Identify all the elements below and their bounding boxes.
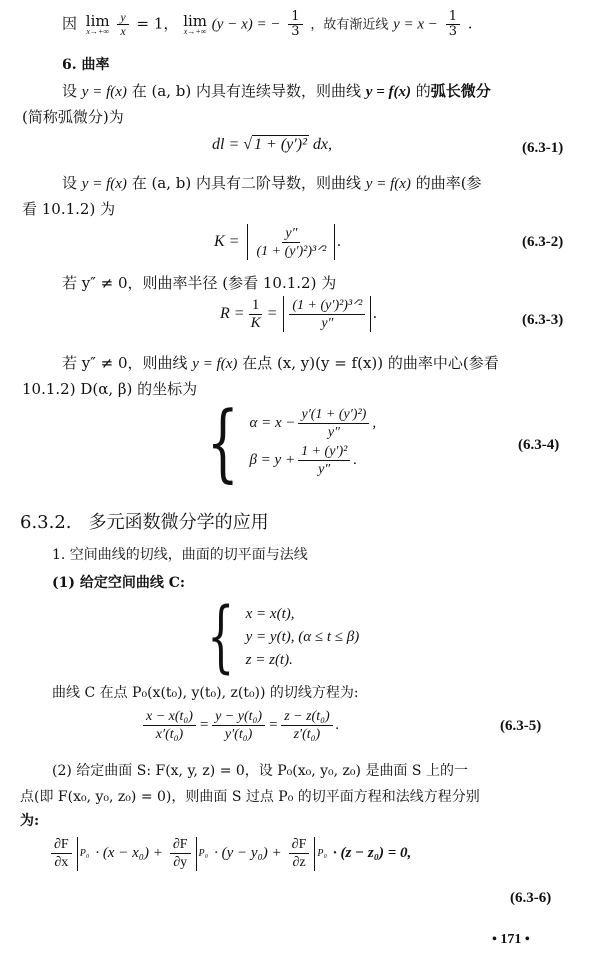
- equation-number: (6.3-6): [510, 890, 551, 907]
- math: y = f(x): [82, 176, 127, 192]
- math: y = f(x): [192, 356, 237, 372]
- equation-row: α = x − y′(1 + (y′)²) y″ ,: [249, 406, 376, 441]
- left-brace: {: [207, 400, 239, 484]
- math: R =: [220, 305, 245, 323]
- fraction: 1 K: [248, 297, 264, 332]
- text: 若 y″ ≠ 0，则曲线: [62, 354, 188, 372]
- lim: lim: [86, 14, 110, 28]
- bold-term: 弧长微分: [431, 82, 491, 100]
- num: y″: [282, 225, 300, 243]
- text: 在 (a, b) 内具有二阶导数，则曲线: [132, 174, 361, 192]
- abs-bar: [283, 296, 284, 332]
- fraction: z − z(t₀) z′(t₀): [281, 708, 332, 743]
- math: dl = √: [212, 136, 252, 153]
- asymptote-line: 因 lim x→+∞ y x = 1， lim x→+∞ (y − x) = −…: [62, 10, 473, 39]
- math: K =: [214, 233, 239, 251]
- section-heading-6-3-2: 6.3.2. 多元函数微分学的应用: [20, 508, 269, 534]
- subscript: P₀: [317, 848, 327, 859]
- evaluation-bar: [196, 837, 197, 871]
- num: 1: [446, 10, 460, 25]
- parametric-system: { x = x(t), y = y(t), (α ≤ t ≤ β) z = z(…: [196, 598, 359, 676]
- text: = 1，: [137, 15, 179, 33]
- num: y′(1 + (y′)²): [298, 406, 369, 424]
- den: (1 + (y′)²)³ᐟ²: [253, 243, 329, 260]
- evaluation-bar: [314, 837, 315, 871]
- den: K: [248, 315, 264, 332]
- subscript: P₀: [199, 848, 209, 859]
- num: ∂F: [289, 836, 310, 854]
- num: ∂F: [51, 836, 72, 854]
- subscript: P₀: [80, 848, 90, 859]
- text: (y − x) = −: [212, 17, 281, 33]
- den: y″: [315, 461, 333, 478]
- num: y: [117, 11, 128, 25]
- math: y = f(x): [82, 84, 127, 100]
- tangent-line-intro: 曲线 C 在点 P₀(x(t₀), y(t₀), z(t₀)) 的切线方程为:: [52, 682, 359, 702]
- math: · (y − y₀) +: [214, 845, 282, 862]
- equation-row: z = z(t).: [246, 649, 360, 672]
- text: 的: [416, 82, 431, 100]
- math: · (x − x₀) +: [95, 845, 163, 862]
- num: 1: [249, 297, 263, 315]
- abs-bar: [334, 224, 335, 260]
- equation-system: x = x(t), y = y(t), (α ≤ t ≤ β) z = z(t)…: [246, 603, 360, 672]
- limit: lim x→+∞: [183, 14, 207, 36]
- math: .: [336, 717, 340, 734]
- math: y = f(x): [366, 84, 411, 100]
- num: x − x(t₀): [143, 708, 196, 726]
- abs-bar: [370, 296, 371, 332]
- math: dx,: [313, 136, 332, 153]
- equation-row: x = x(t),: [246, 603, 360, 626]
- paragraph-radius: 若 y″ ≠ 0，则曲率半径 (参看 10.1.2) 为: [62, 272, 336, 293]
- den: ∂y: [170, 854, 190, 871]
- radicand: 1 + (y′)²: [252, 135, 309, 153]
- lim-sub: x→+∞: [86, 28, 109, 36]
- partial-derivative: ∂F ∂z: [289, 836, 310, 871]
- num: ∂F: [170, 836, 191, 854]
- paragraph-line: (简称弧微分)为: [22, 106, 124, 127]
- den: ∂z: [289, 854, 308, 871]
- den: ∂x: [51, 854, 71, 871]
- text: .: [468, 15, 473, 33]
- math: · (z − z₀) = 0,: [333, 845, 411, 862]
- math: α = x −: [249, 415, 295, 432]
- paragraph-line: 10.1.2) D(α, β) 的坐标为: [22, 378, 197, 399]
- fraction: 1 3: [288, 10, 302, 39]
- equation-6-3-2: K = y″ (1 + (y′)²)³ᐟ² .: [214, 224, 341, 260]
- equation-number: (6.3-1): [522, 140, 563, 157]
- paragraph-line: 看 10.1.2) 为: [22, 198, 115, 219]
- section-heading-curvature: 6. 曲率: [62, 54, 110, 74]
- paragraph-arc-differential: 设 y = f(x) 在 (a, b) 内具有连续导数，则曲线 y = f(x)…: [62, 80, 491, 101]
- page-number: • 171 •: [492, 932, 530, 948]
- fraction: y x: [117, 11, 128, 38]
- num: z − z(t₀): [281, 708, 332, 726]
- equation-row: y = y(t), (α ≤ t ≤ β): [246, 626, 360, 649]
- den: 3: [288, 25, 302, 39]
- equation-6-3-3: R = 1 K = (1 + (y′)²)³ᐟ² y″ .: [220, 296, 377, 332]
- abs-bar: [247, 224, 248, 260]
- left-brace: {: [207, 598, 234, 676]
- equation-number: (6.3-3): [522, 312, 563, 329]
- text: 在 (a, b) 内具有连续导数，则曲线: [132, 82, 361, 100]
- math: .: [373, 305, 377, 323]
- math: y = f(x): [366, 176, 411, 192]
- text: 在点 (x, y)(y = f(x)) 的曲率中心(参看: [242, 354, 499, 372]
- equation-6-3-1: dl = √1 + (y′)² dx,: [212, 136, 332, 154]
- paragraph-surface: (2) 给定曲面 S: F(x, y, z) = 0，设 P₀(x₀, y₀, …: [52, 760, 468, 780]
- fraction: y − y(t₀) y′(t₀): [212, 708, 265, 743]
- equation-number: (6.3-2): [522, 234, 563, 251]
- math: ,: [372, 415, 376, 432]
- lim: lim: [183, 14, 207, 28]
- equation-system: α = x − y′(1 + (y′)²) y″ , β = y + 1 + (…: [249, 406, 376, 478]
- fraction: x − x(t₀) x′(t₀): [143, 708, 196, 743]
- paragraph-curvature-center: 若 y″ ≠ 0，则曲线 y = f(x) 在点 (x, y)(y = f(x)…: [62, 352, 499, 373]
- num: 1: [288, 10, 302, 25]
- text: 设: [62, 82, 77, 100]
- math: .: [337, 233, 341, 251]
- paragraph-line: 为:: [20, 810, 39, 830]
- fraction: 1 3: [446, 10, 460, 39]
- equation-row: β = y + 1 + (y′)² y″ .: [249, 443, 376, 478]
- den: y″: [318, 315, 336, 332]
- fraction: y′(1 + (y′)²) y″: [298, 406, 369, 441]
- math: =: [268, 717, 278, 734]
- den: 3: [446, 25, 460, 39]
- equation-number: (6.3-5): [500, 718, 541, 735]
- den: y′(t₀): [222, 726, 255, 743]
- math: =: [267, 305, 278, 323]
- fraction: (1 + (y′)²)³ᐟ² y″: [289, 297, 365, 332]
- item-heading-tangent: 1. 空间曲线的切线，曲面的切平面与法线: [52, 544, 308, 564]
- math: =: [199, 717, 209, 734]
- den: z′(t₀): [291, 726, 324, 743]
- paragraph-curvature: 设 y = f(x) 在 (a, b) 内具有二阶导数，则曲线 y = f(x)…: [62, 172, 482, 193]
- den: y″: [325, 424, 343, 441]
- equation-6-3-4: { α = x − y′(1 + (y′)²) y″ , β = y + 1 +…: [196, 400, 376, 484]
- text: 的曲率(参: [416, 174, 482, 192]
- lim-sub: x→+∞: [184, 28, 207, 36]
- text: y = x −: [393, 17, 438, 33]
- math: .: [353, 452, 357, 469]
- fraction: 1 + (y′)² y″: [298, 443, 350, 478]
- limit: lim x→+∞: [86, 14, 110, 36]
- evaluation-bar: [77, 837, 78, 871]
- subitem-space-curve: (1) 给定空间曲线 C:: [52, 572, 185, 592]
- num: y − y(t₀): [212, 708, 265, 726]
- partial-derivative: ∂F ∂y: [170, 836, 191, 871]
- equation-6-3-5: x − x(t₀) x′(t₀) = y − y(t₀) y′(t₀) = z …: [140, 708, 339, 743]
- math: β = y +: [249, 452, 295, 469]
- num: 1 + (y′)²: [298, 443, 350, 461]
- partial-derivative: ∂F ∂x: [51, 836, 72, 871]
- equation-number: (6.3-4): [518, 437, 559, 454]
- num: (1 + (y′)²)³ᐟ²: [289, 297, 365, 315]
- text: 设: [62, 174, 77, 192]
- fraction: y″ (1 + (y′)²)³ᐟ²: [253, 225, 329, 260]
- equation-6-3-6: ∂F ∂x P₀ · (x − x₀) + ∂F ∂y P₀ · (y − y₀…: [48, 836, 411, 871]
- den: x: [117, 25, 128, 38]
- text: ，故有渐近线: [310, 18, 388, 33]
- paragraph-line: 点(即 F(x₀, y₀, z₀) = 0)，则曲面 S 过点 P₀ 的切平面方…: [20, 786, 480, 806]
- den: x′(t₀): [153, 726, 186, 743]
- text: 因: [62, 15, 77, 33]
